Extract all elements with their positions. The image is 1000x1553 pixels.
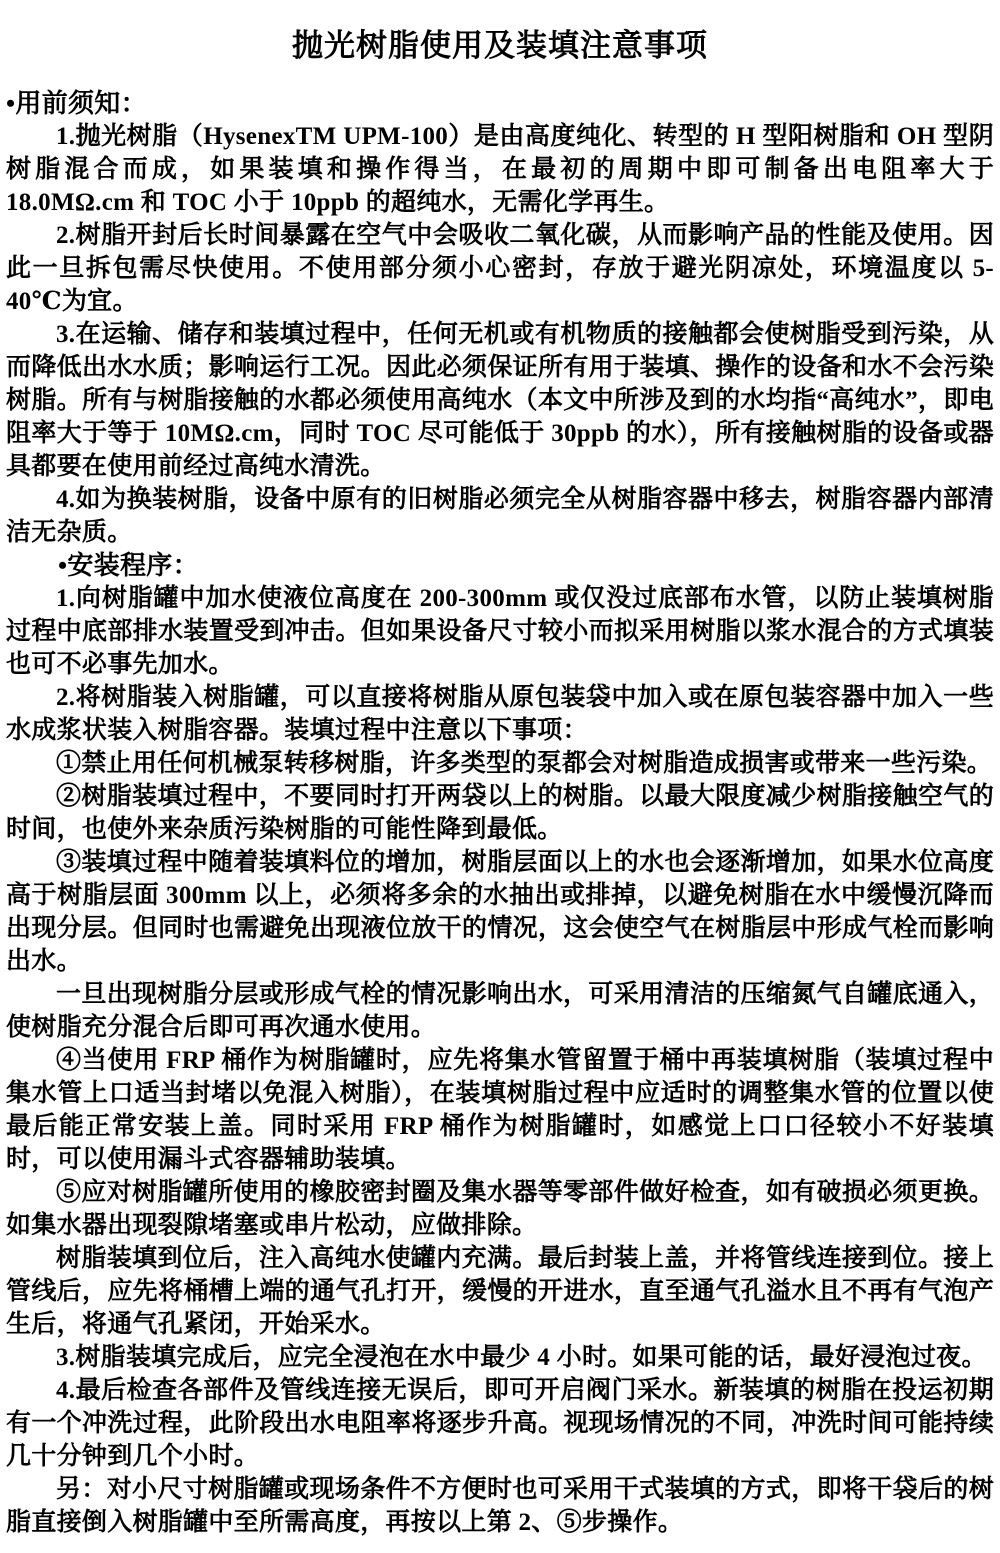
paragraph-note-circled-3: ③装填过程中随着装填料位的增加，树脂层面以上的水也会逐渐增加，如果水位高度高于树…: [6, 846, 994, 978]
section-heading-pre-use-notes: •用前须知：: [6, 87, 994, 120]
paragraph-install-step-2: 2.将树脂装入树脂罐，可以直接将树脂从原包装袋中加入或在原包装容器中加入一些水成…: [6, 681, 994, 747]
paragraph-fill-complete-procedure: 树脂装填到位后，注入高纯水使罐内充满。最后封装上盖，并将管线连接到位。接上管线后…: [6, 1242, 994, 1341]
paragraph-additional-dry-fill-note: 另：对小尺寸树脂罐或现场条件不方便时也可采用干式装填的方式，即将干袋后的树脂直接…: [6, 1473, 994, 1539]
paragraph-pre-use-2: 2.树脂开封后长时间暴露在空气中会吸收二氧化碳，从而影响产品的性能及使用。因此一…: [6, 219, 994, 318]
paragraph-note-circled-5: ⑤应对树脂罐所使用的橡胶密封圈及集水器等零部件做好检查，如有破损必须更换。如集水…: [6, 1176, 994, 1242]
paragraph-pre-use-1: 1.抛光树脂（HysenexTM UPM-100）是由高度纯化、转型的 H 型阳…: [6, 120, 994, 219]
document-page: 抛光树脂使用及装填注意事项 •用前须知： 1.抛光树脂（HysenexTM UP…: [0, 0, 1000, 1553]
paragraph-note-circled-4: ④当使用 FRP 桶作为树脂罐时，应先将集水管留置于桶中再装填树脂（装填过程中集…: [6, 1044, 994, 1176]
paragraph-pre-use-4: 4.如为换装树脂，设备中原有的旧树脂必须完全从树脂容器中移去，树脂容器内部清洁无…: [6, 483, 994, 549]
paragraph-pre-use-3: 3.在运输、储存和装填过程中，任何无机或有机物质的接触都会使树脂受到污染，从而降…: [6, 318, 994, 483]
page-title: 抛光树脂使用及装填注意事项: [6, 26, 994, 66]
paragraph-install-step-3: 3.树脂装填完成后，应完全浸泡在水中最少 4 小时。如果可能的话，最好浸泡过夜。: [6, 1341, 994, 1374]
paragraph-nitrogen-remix-note: 一旦出现树脂分层或形成气栓的情况影响出水，可采用清洁的压缩氮气自罐底通入，使树脂…: [6, 978, 994, 1044]
paragraph-note-circled-1: ①禁止用任何机械泵转移树脂，许多类型的泵都会对树脂造成损害或带来一些污染。: [6, 747, 994, 780]
paragraph-install-step-4: 4.最后检查各部件及管线连接无误后，即可开启阀门采水。新装填的树脂在投运初期有一…: [6, 1374, 994, 1473]
paragraph-install-step-1: 1.向树脂罐中加水使液位高度在 200-300mm 或仅没过底部布水管，以防止装…: [6, 582, 994, 681]
paragraph-note-circled-2: ②树脂装填过程中，不要同时打开两袋以上的树脂。以最大限度减少树脂接触空气的时间，…: [6, 780, 994, 846]
section-heading-installation-procedure: •安装程序：: [6, 549, 994, 582]
